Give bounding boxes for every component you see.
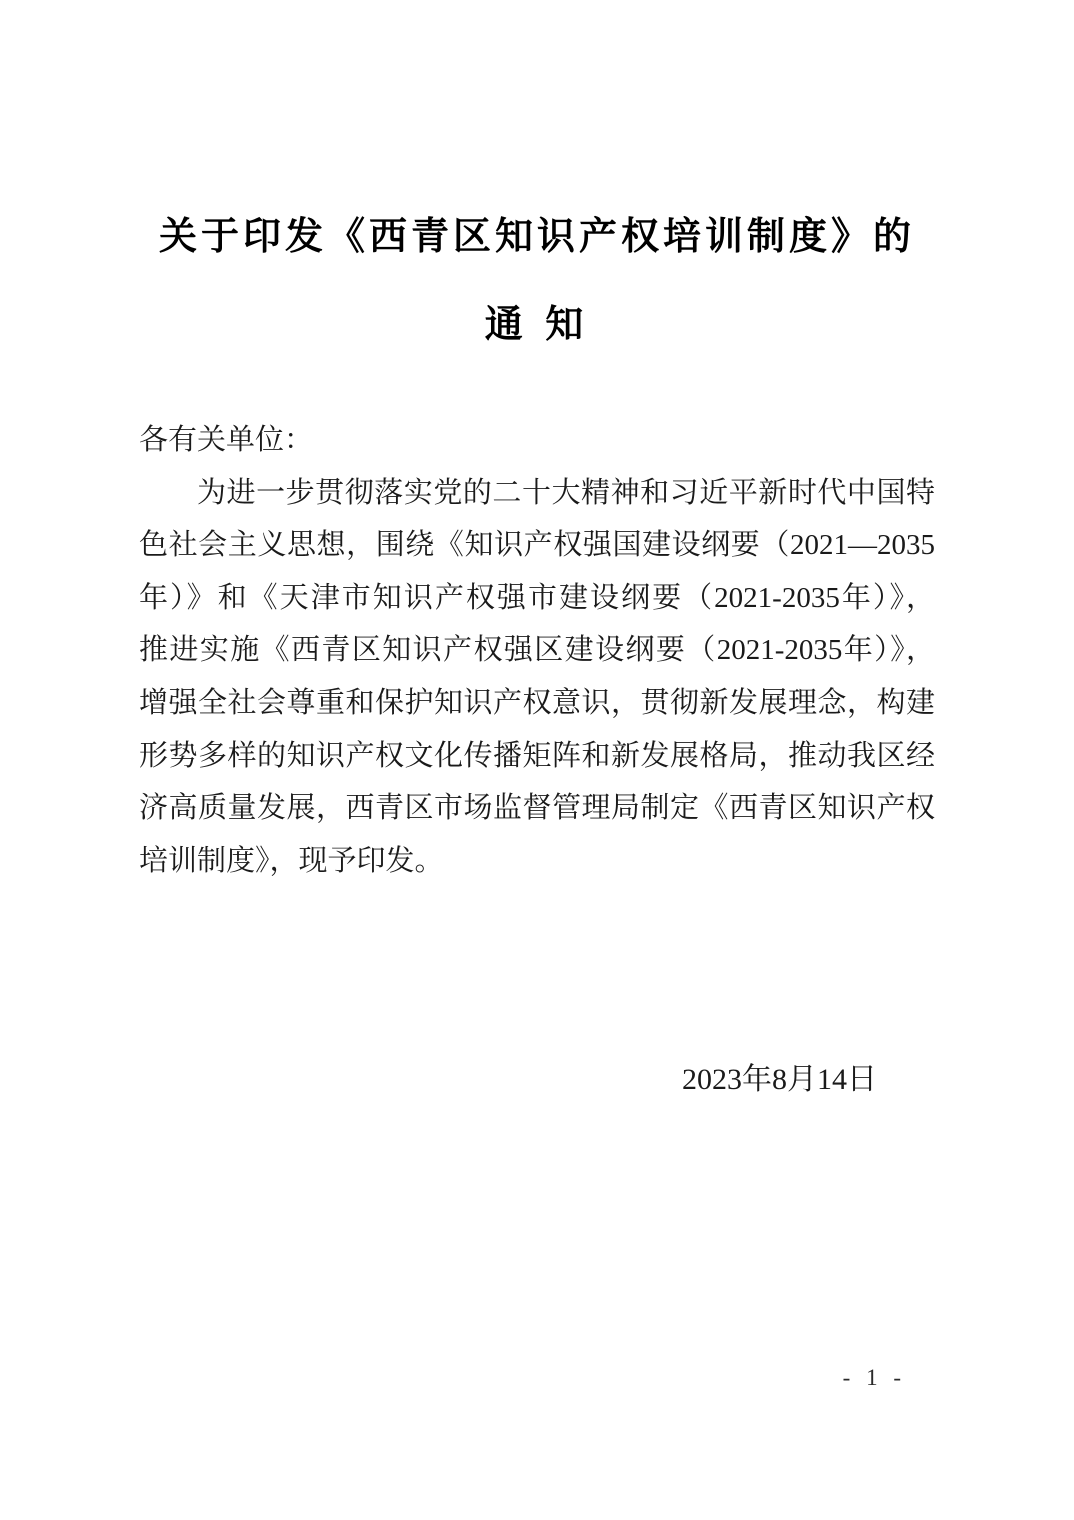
body-line: 形势多样的知识产权文化传播矩阵和新发展格局，推动我区经 — [139, 730, 935, 783]
document-title-line-2: 通 知 — [0, 293, 1074, 348]
body-line: 培训制度》，现予印发。 — [139, 835, 935, 888]
body-line: 推进实施《西青区知识产权强区建设纲要（2021-2035年）》， — [139, 624, 935, 677]
document-title-line-1: 关于印发《西青区知识产权培训制度》的 — [0, 205, 1074, 260]
body-line: 为进一步贯彻落实党的二十大精神和习近平新时代中国特 — [139, 467, 935, 520]
body-line: 济高质量发展，西青区市场监督管理局制定《西青区知识产权 — [139, 782, 935, 835]
body-line: 色社会主义思想，围绕《知识产权强国建设纲要（2021—2035 — [139, 519, 935, 572]
issue-date: 2023年8月14日 — [682, 1054, 877, 1106]
salutation: 各有关单位： — [139, 414, 935, 467]
body-line: 增强全社会尊重和保护知识产权意识，贯彻新发展理念，构建 — [139, 677, 935, 730]
document-body: 各有关单位： 为进一步贯彻落实党的二十大精神和习近平新时代中国特 色社会主义思想… — [139, 414, 935, 887]
page-number: - 1 - — [843, 1362, 906, 1394]
body-line: 年）》和《天津市知识产权强市建设纲要（2021-2035年）》， — [139, 572, 935, 625]
document-page: 关于印发《西青区知识产权培训制度》的 通 知 各有关单位： 为进一步贯彻落实党的… — [0, 0, 1074, 1520]
